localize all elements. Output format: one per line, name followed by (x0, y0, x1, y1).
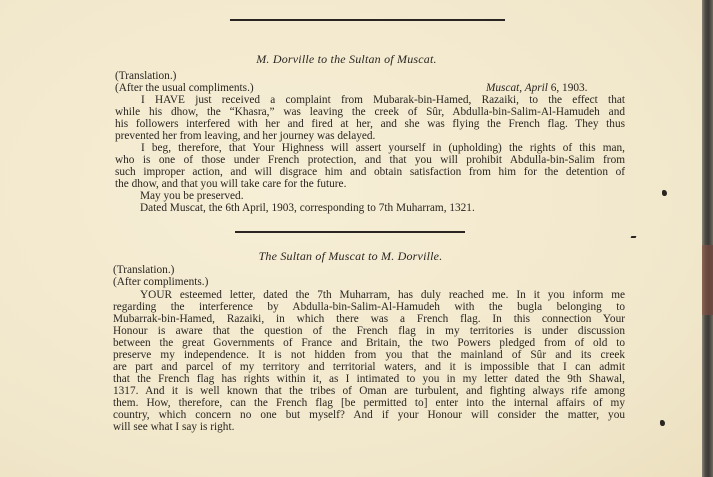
letter2-paragraph: YOUR esteemed letter, dated the 7th Muha… (113, 289, 625, 433)
text-line: prevented her from leaving, and her jour… (115, 130, 625, 142)
text-line: 1317. And it is well known that the trib… (113, 385, 625, 397)
letter1-compliments-note: (After the usual compliments.) (115, 82, 254, 94)
text-line: that the French flag has rights within i… (113, 373, 625, 385)
letter1-heading: M. Dorville to the Sultan of Muscat. (0, 52, 703, 67)
text-line: who is one of those under French protect… (115, 154, 625, 166)
text-line: preserve my independence. It is not hidd… (113, 349, 625, 361)
paper-speck (660, 420, 665, 426)
spine-binding-stain (702, 245, 713, 315)
text-line: them. How, therefore, can the French fla… (113, 397, 625, 409)
text-line: between the great Governments of France … (113, 337, 625, 349)
top-divider-rule (230, 19, 505, 21)
paper-speck (631, 236, 637, 238)
letter1-dateline: Muscat, April 6, 1903. (486, 82, 587, 94)
text-line: country, which concern no one but myself… (113, 409, 625, 421)
letter2-translation-note: (Translation.) (113, 264, 174, 276)
text-line: I HAVE just received a complaint from Mu… (115, 94, 625, 106)
text-line: his followers interfered with her and fi… (115, 118, 625, 130)
middle-divider-rule (235, 231, 465, 233)
letter1-paragraph2: I beg, therefore, that Your Highness wil… (115, 142, 625, 190)
letter2-compliments-note: (After compliments.) (113, 276, 208, 288)
text-line: Honour is aware that the question of the… (113, 325, 625, 337)
letter1-translation-note: (Translation.) (115, 70, 176, 82)
text-line: I beg, therefore, that Your Highness wil… (115, 142, 625, 154)
book-spine (702, 0, 713, 477)
text-line: are part and parcel of my territory and … (113, 361, 625, 373)
paper-speck (662, 190, 667, 196)
document-page: M. Dorville to the Sultan of Muscat. (Tr… (0, 0, 702, 477)
letter1-paragraph1: I HAVE just received a complaint from Mu… (115, 94, 625, 142)
text-line: Mubarrak-bin-Hamed, Razaiki, in which th… (113, 313, 625, 325)
text-line: the dhow, and that you will take care fo… (115, 178, 625, 190)
text-line: will see what I say is right. (113, 421, 625, 433)
text-line: YOUR esteemed letter, dated the 7th Muha… (113, 289, 625, 301)
text-line: regarding the interference by Abdulla-bi… (113, 301, 625, 313)
letter1-dated: Dated Muscat, the 6th April, 1903, corre… (140, 202, 475, 214)
dateline-place: Muscat, April (486, 82, 548, 94)
letter2-heading: The Sultan of Muscat to M. Dorville. (0, 249, 707, 264)
dateline-date: 6, 1903. (548, 82, 588, 94)
text-line: while his dhow, the “Khasra,” was leavin… (115, 106, 625, 118)
text-line: such improper action, and will disgrace … (115, 166, 625, 178)
letter1-closing: May you be preserved. (140, 190, 244, 202)
